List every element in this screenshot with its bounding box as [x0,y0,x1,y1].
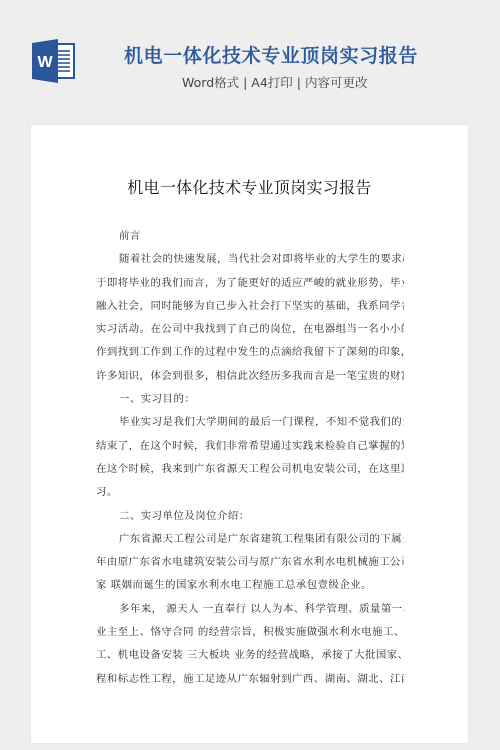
paragraph-line: 前言 [96,225,404,248]
paragraph-line: 许多知识，体会到很多，相信此次经历多我而言是一笔宝贵的财富。 [96,365,404,388]
paragraph-line: 程和标志性工程，施工足迹从广东辐射到广西、湖南、湖北、江西、福建、浙江、 [96,668,404,691]
paragraph-line: 实习活动。在公司中我找到了自己的岗位，在电器组当一名小小的电工。从找工 [96,318,404,341]
paragraph-line: 习。 [96,481,404,504]
paragraph-line: 广东省源天工程公司是广东省建筑工程集团有限公司的下属企业，是于 XX [96,528,404,551]
document-body: 前言 随着社会的快速发展，当代社会对即将毕业的大学生的要求越来越高，对 于即将毕… [96,225,404,691]
paragraph-line: 业主至上、恪守合同 的经营宗旨，积极实施做强水利水电施工、地基与基础施 [96,621,404,644]
paragraph-line: 年由原广东省水电建筑安装公司与原广东省水利水电机械施工公司两家 水电世 [96,551,404,574]
paragraph-line: 工、机电设备安装 三大板块 业务的经营战略，承接了大批国家、省、市重点工 [96,644,404,667]
paragraph-line: 随着社会的快速发展，当代社会对即将毕业的大学生的要求越来越高，对 [96,248,404,271]
section-heading: 二、实习单位及岗位介绍： [96,505,404,528]
word-icon: W [31,39,77,83]
header-title: 机电一体化技术专业顶岗实习报告 [124,44,424,68]
header-subtitle: Word格式 | A4打印 | 内容可更改 [182,74,367,92]
paragraph-line: 在这个时候，我来到广东省源天工程公司机电安装公司，在这里进行我的毕业实 [96,458,404,481]
paragraph-line: 作到找到工作到工作的过程中发生的点滴给我留下了深刻的印象，也让我学到了 [96,341,404,364]
paragraph-line: 家 联姻而诞生的国家水利水电工程施工总承包壹级企业。 [96,574,404,597]
paragraph-line: 融入社会，同时能够为自己步入社会打下坚实的基础，我系同学各自开展了顶岗 [96,295,404,318]
paragraph-line: 于即将毕业的我们而言，为了能更好的适应严峻的就业形势，毕业后能够尽快的 [96,272,404,295]
paragraph-line: 结束了，在这个时候，我们非常希望通过实践来检验自己掌握的知识的正确性。 [96,435,404,458]
document-page: 机电一体化技术专业顶岗实习报告 前言 随着社会的快速发展，当代社会对即将毕业的大… [31,125,468,743]
paragraph-line: 多年来， 源天人 一直奉行 以人为本、科学管理、质量第一、信誉第一、 [96,598,404,621]
section-heading: 一、实习目的： [96,388,404,411]
paragraph-line: 毕业实习是我们大学期间的最后一门课程，不知不觉我们的大学时光就要 [96,411,404,434]
page-header: W 机电一体化技术专业顶岗实习报告 Word格式 | A4打印 | 内容可更改 [0,0,500,120]
svg-text:W: W [37,54,53,71]
document-title: 机电一体化技术专业顶岗实习报告 [31,177,468,199]
